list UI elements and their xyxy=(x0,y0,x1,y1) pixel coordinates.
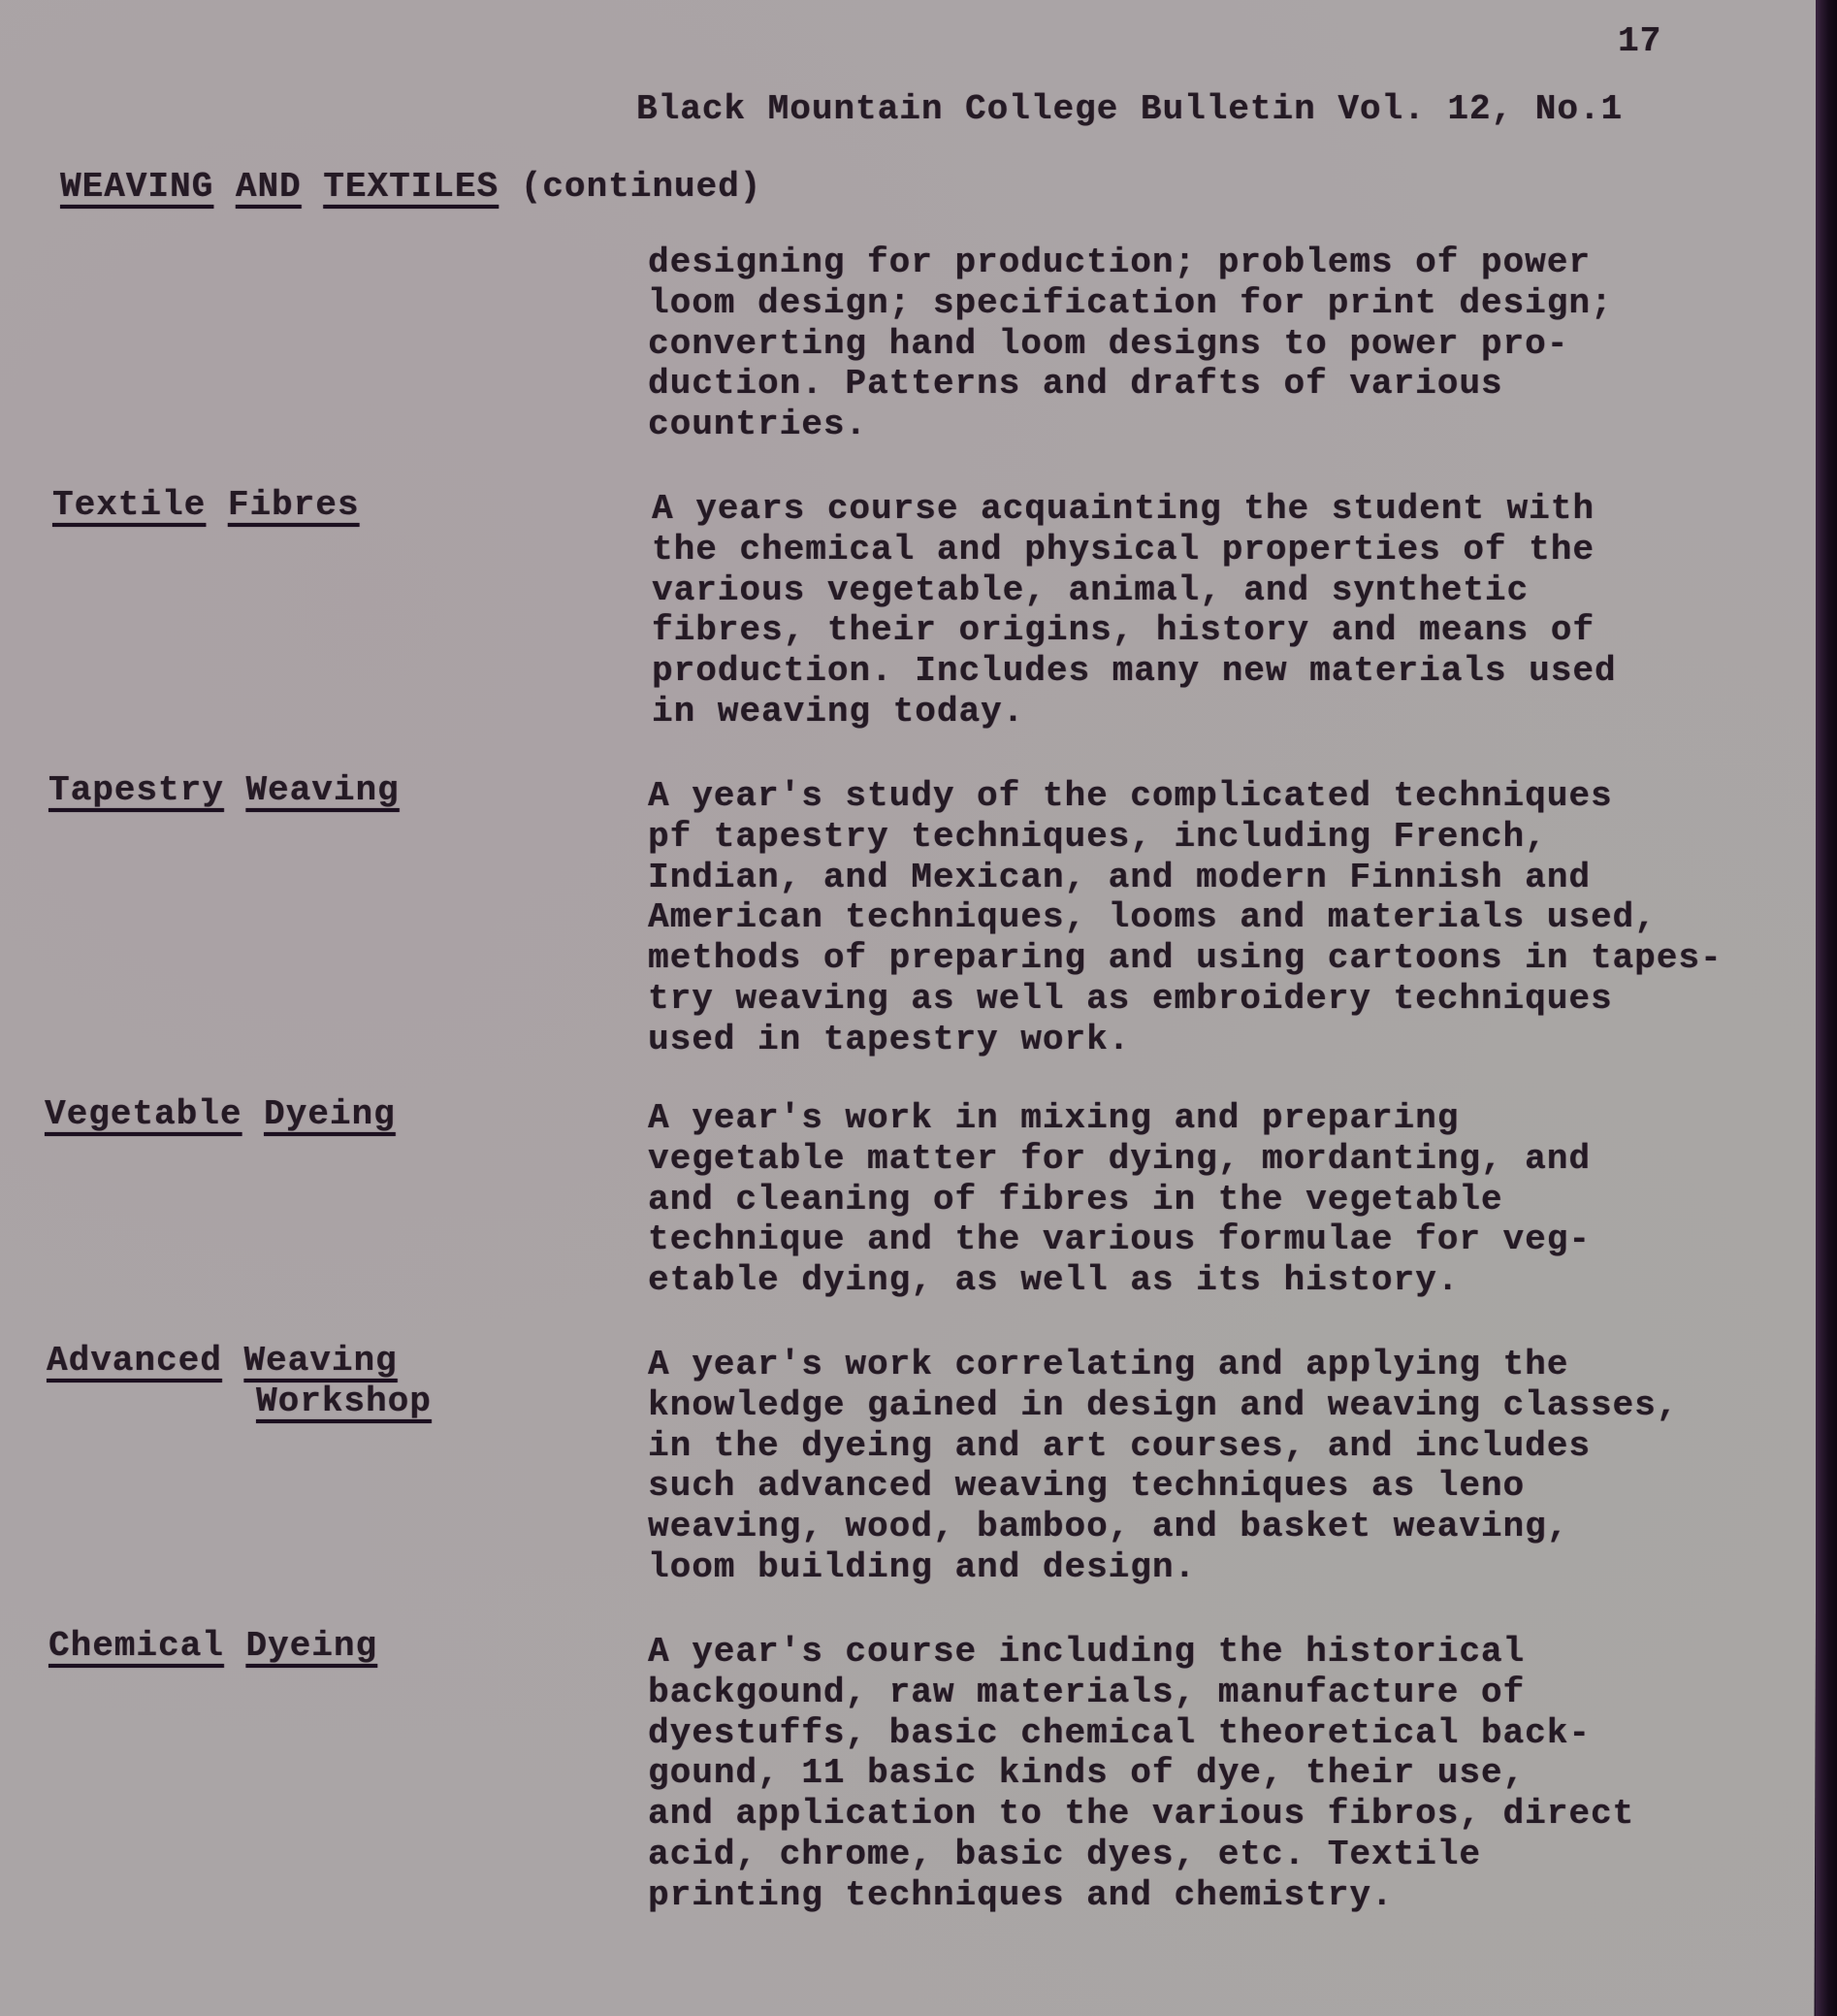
section-heading-word: TEXTILES xyxy=(323,167,499,207)
course-description-advanced-weaving-workshop: A year's work correlating and applying t… xyxy=(648,1345,1678,1588)
course-title-chemical-dyeing: Chemical Dyeing xyxy=(48,1626,377,1667)
course-title-word: Textile xyxy=(52,485,206,525)
course-description-tapestry-weaving: A year's study of the complicated techni… xyxy=(648,776,1723,1060)
course-title-word: Chemical xyxy=(48,1626,224,1666)
course-description-chemical-dyeing: A year's course including the historical… xyxy=(648,1632,1634,1916)
section-heading-suffix: (continued) xyxy=(521,167,762,207)
continued-description: designing for production; problems of po… xyxy=(648,243,1613,445)
course-title-word: Advanced xyxy=(47,1341,222,1381)
course-title-word: Tapestry xyxy=(48,770,224,810)
course-title-word: Fibres xyxy=(228,485,360,525)
course-title-vegetable-dyeing: Vegetable Dyeing xyxy=(45,1094,396,1135)
running-head: Black Mountain College Bulletin Vol. 12,… xyxy=(636,89,1623,129)
section-heading: WEAVING AND TEXTILES (continued) xyxy=(60,167,761,207)
course-title-advanced-weaving-workshop: Advanced WeavingWorkshop xyxy=(47,1341,432,1422)
page-edge-shadow xyxy=(1816,0,1837,2016)
course-description-textile-fibres: A years course acquainting the student w… xyxy=(652,489,1617,732)
course-title-word: Dyeing xyxy=(264,1094,396,1134)
course-title-word: Dyeing xyxy=(245,1626,377,1666)
course-title-word: Workshop xyxy=(256,1382,432,1421)
course-title-textile-fibres: Textile Fibres xyxy=(52,485,359,526)
typewritten-page: 17 Black Mountain College Bulletin Vol. … xyxy=(0,0,1821,2016)
course-description-vegetable-dyeing: A year's work in mixing and preparing ve… xyxy=(648,1098,1591,1301)
section-heading-word: WEAVING xyxy=(60,167,213,207)
course-title-tapestry-weaving: Tapestry Weaving xyxy=(48,770,400,811)
section-heading-word: AND xyxy=(236,167,302,207)
page-number: 17 xyxy=(1618,21,1661,61)
course-title-word: Weaving xyxy=(243,1341,397,1381)
course-title-word: Weaving xyxy=(245,770,399,810)
course-title-word: Vegetable xyxy=(45,1094,242,1134)
